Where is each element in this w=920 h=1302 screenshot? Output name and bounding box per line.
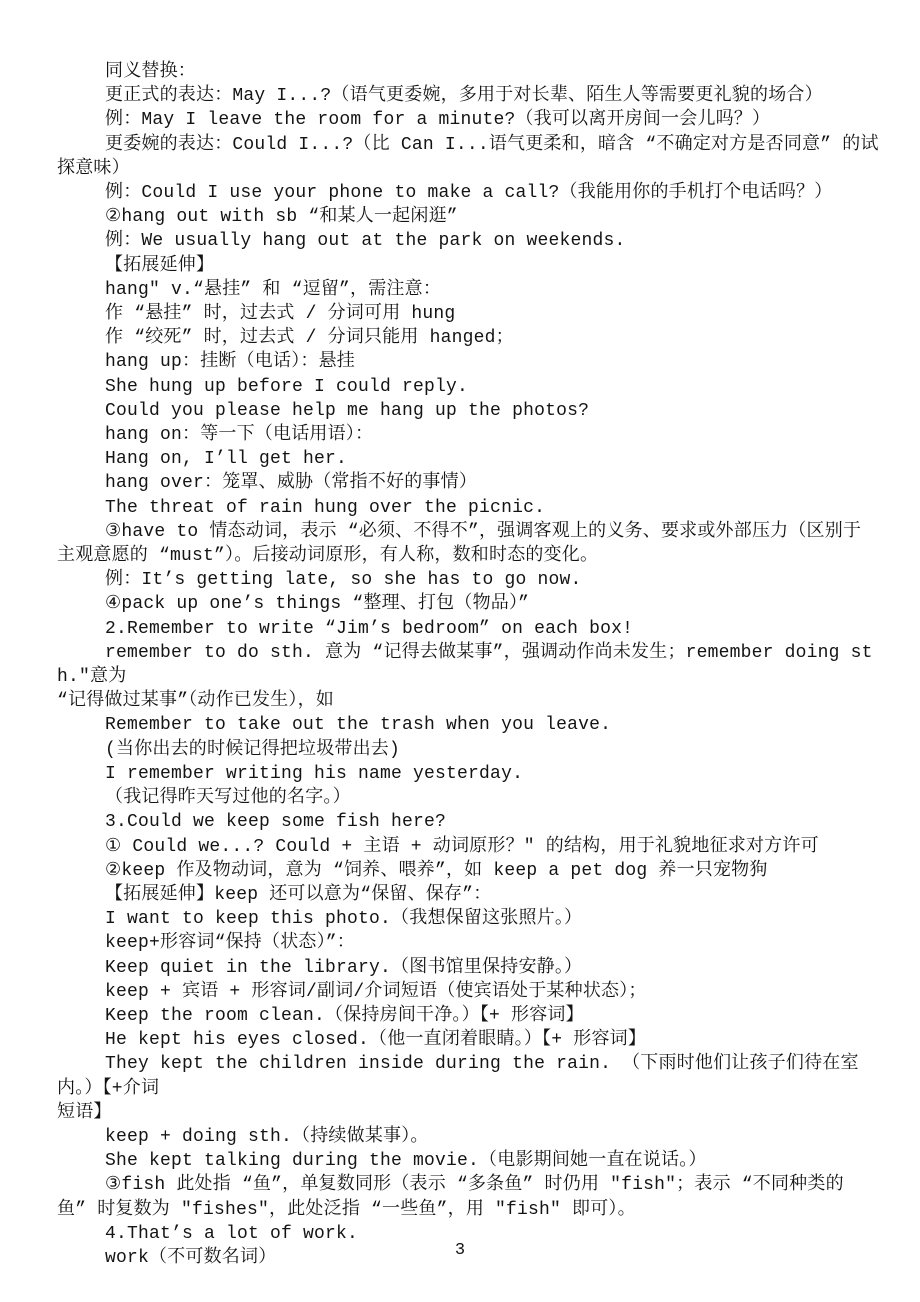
text-line: She kept talking during the movie.（电影期间她… [57,1149,880,1173]
text-line: The threat of rain hung over the picnic. [57,496,880,520]
text-line: ②keep 作及物动词，意为 “饲养、喂养”，如 keep a pet dog … [57,859,880,883]
text-line: Keep the room clean.（保持房间干净。）【+ 形容词】 [57,1004,880,1028]
text-line: She hung up before I could reply. [57,375,880,399]
text-line: 更委婉的表达：Could I...?（比 Can I...语气更柔和，暗含 “不… [57,133,880,157]
text-line: 例：We usually hang out at the park on wee… [57,229,880,253]
text-line: ②hang out with sb “和某人一起闲逛” [57,205,880,229]
text-line: hang over：笼罩、威胁（常指不好的事情） [57,471,880,495]
text-line: “记得做过某事”（动作已发生），如 [57,689,880,713]
text-line: 例：May I leave the room for a minute?（我可以… [57,108,880,132]
text-line: hang on：等一下（电话用语）： [57,423,880,447]
text-line: ④pack up one’s things “整理、打包（物品）” [57,592,880,616]
text-line: 探意味） [57,157,880,181]
text-line: 例：Could I use your phone to make a call?… [57,181,880,205]
text-line: （我记得昨天写过他的名字。） [57,786,880,810]
text-line: keep + doing sth.（持续做某事）。 [57,1125,880,1149]
text-line: ③fish 此处指 “鱼”，单复数同形（表示 “多条鱼” 时仍用 ″fish″；… [57,1173,880,1197]
text-line: ① Could we...? Could + 主语 + 动词原形？″ 的结构，用… [57,835,880,859]
text-line: hang″ v.“悬挂” 和 “逗留”，需注意： [57,278,880,302]
document-body: 同义替换：更正式的表达：May I...?（语气更委婉，多用于对长辈、陌生人等需… [57,60,880,1270]
text-line: 2.Remember to write “Jim’s bedroom” on e… [57,617,880,641]
text-line: ③have to 情态动词，表示 “必须、不得不”，强调客观上的义务、要求或外部… [57,520,880,544]
text-line: 作 “悬挂” 时，过去式 / 分词可用 hung [57,302,880,326]
text-line: 【拓展延伸】 [57,254,880,278]
text-line: Remember to take out the trash when you … [57,713,880,737]
text-line: remember to do sth. 意为 “记得去做某事”，强调动作尚未发生… [57,641,880,689]
text-line: 同义替换： [57,60,880,84]
text-line: Could you please help me hang up the pho… [57,399,880,423]
text-line: He kept his eyes closed.（他一直闭着眼睛。）【+ 形容词… [57,1028,880,1052]
text-line: I remember writing his name yesterday. [57,762,880,786]
text-line: 3.Could we keep some fish here? [57,810,880,834]
text-line: They kept the children inside during the… [57,1052,880,1100]
text-line: keep + 宾语 + 形容词/副词/介词短语（使宾语处于某种状态）； [57,980,880,1004]
text-line: 更正式的表达：May I...?（语气更委婉，多用于对长辈、陌生人等需要更礼貌的… [57,84,880,108]
text-line: 主观意愿的 “must”）。后接动词原形，有人称，数和时态的变化。 [57,544,880,568]
text-line: hang up：挂断（电话）：悬挂 [57,350,880,374]
text-line: 【拓展延伸】keep 还可以意为“保留、保存”： [57,883,880,907]
text-line: Hang on, I’ll get her. [57,447,880,471]
text-line: 作 “绞死” 时，过去式 / 分词只能用 hanged； [57,326,880,350]
text-line: 鱼” 时复数为 ″fishes″，此处泛指 “一些鱼”，用 ″fish″ 即可）… [57,1198,880,1222]
text-line: Keep quiet in the library.（图书馆里保持安静。） [57,956,880,980]
text-line: 短语】 [57,1101,880,1125]
text-line: 例：It’s getting late, so she has to go no… [57,568,880,592]
text-line: (当你出去的时候记得把垃圾带出去) [57,738,880,762]
page-number: 3 [0,1240,920,1262]
text-line: I want to keep this photo.（我想保留这张照片。） [57,907,880,931]
text-line: keep+形容词“保持（状态）”： [57,931,880,955]
